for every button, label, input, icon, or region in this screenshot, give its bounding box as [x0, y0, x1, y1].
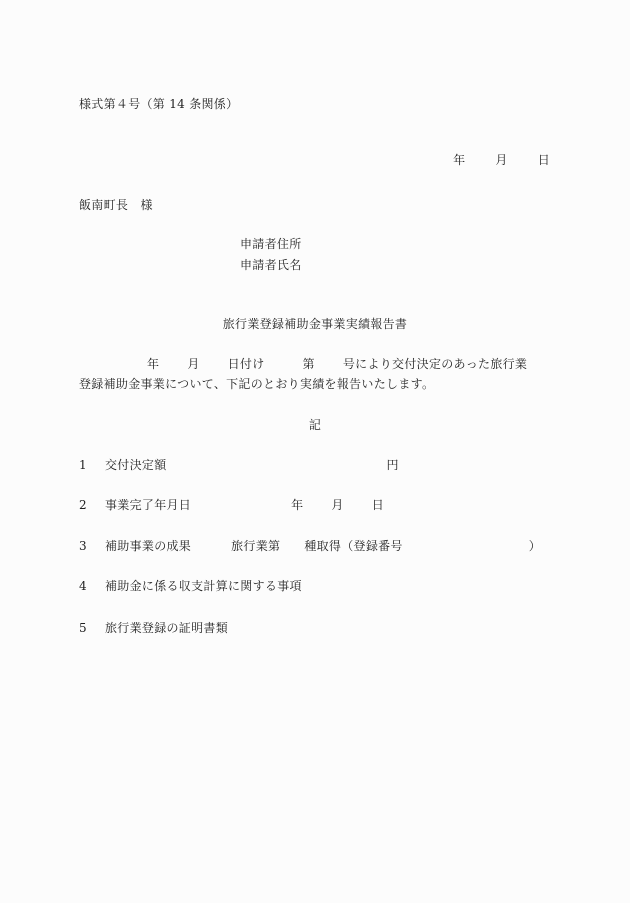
category-prefix: 旅行業第 — [231, 539, 280, 553]
applicant-address-label: 申請者住所 — [240, 236, 302, 252]
body-line1-rest: 号により交付決定のあった旅行業 — [343, 357, 527, 371]
body-month-label: 月 — [187, 357, 199, 371]
date-day-label: 日 — [538, 152, 550, 168]
body-text-line-2: 登録補助金事業について、下記のとおり実績を報告いたします。 — [79, 376, 434, 392]
close-paren: ） — [529, 539, 541, 553]
submission-date: 年月日 — [0, 136, 550, 168]
document-title: 旅行業登録補助金事業実績報告書 — [0, 316, 630, 332]
body-day-suffix: 日付け — [228, 357, 265, 371]
date-year-label: 年 — [453, 152, 465, 168]
body-text-line-1: 年月日付け第号により交付決定のあった旅行業 — [79, 356, 551, 372]
item-project-results: 3補助事業の成果旅行業第種取得（登録番号） — [79, 538, 551, 554]
completion-day-label: 日 — [372, 498, 384, 512]
item-completion-date: 2事業完了年月日年月日 — [79, 497, 384, 513]
addressee: 飯南町長 様 — [79, 197, 153, 213]
item-number: 5 — [79, 620, 105, 636]
item-label: 事業完了年月日 — [105, 498, 191, 512]
form-number: 様式第４号（第 14 条関係） — [79, 96, 238, 112]
item-number: 1 — [79, 457, 105, 473]
item-label: 補助事業の成果 — [105, 539, 191, 553]
applicant-name-label: 申請者氏名 — [240, 257, 302, 273]
completion-month-label: 月 — [331, 498, 343, 512]
ki-heading: 記 — [0, 417, 630, 433]
item-label: 旅行業登録の証明書類 — [105, 621, 228, 635]
item-registration-certificate: 5旅行業登録の証明書類 — [79, 620, 228, 636]
item-number: 2 — [79, 497, 105, 513]
date-month-label: 月 — [495, 152, 507, 168]
item-number: 3 — [79, 538, 105, 554]
category-suffix: 種取得（登録番号 — [304, 539, 402, 553]
body-year-label: 年 — [147, 357, 159, 371]
item-label: 交付決定額 — [105, 458, 167, 472]
body-number-prefix: 第 — [303, 357, 315, 371]
item-grant-amount: 1交付決定額円 — [79, 457, 399, 473]
item-label: 補助金に係る収支計算に関する事項 — [105, 579, 302, 593]
item-income-expenditure: 4補助金に係る収支計算に関する事項 — [79, 578, 302, 594]
item-number: 4 — [79, 578, 105, 594]
item-yen-suffix: 円 — [387, 458, 399, 472]
completion-year-label: 年 — [291, 498, 303, 512]
